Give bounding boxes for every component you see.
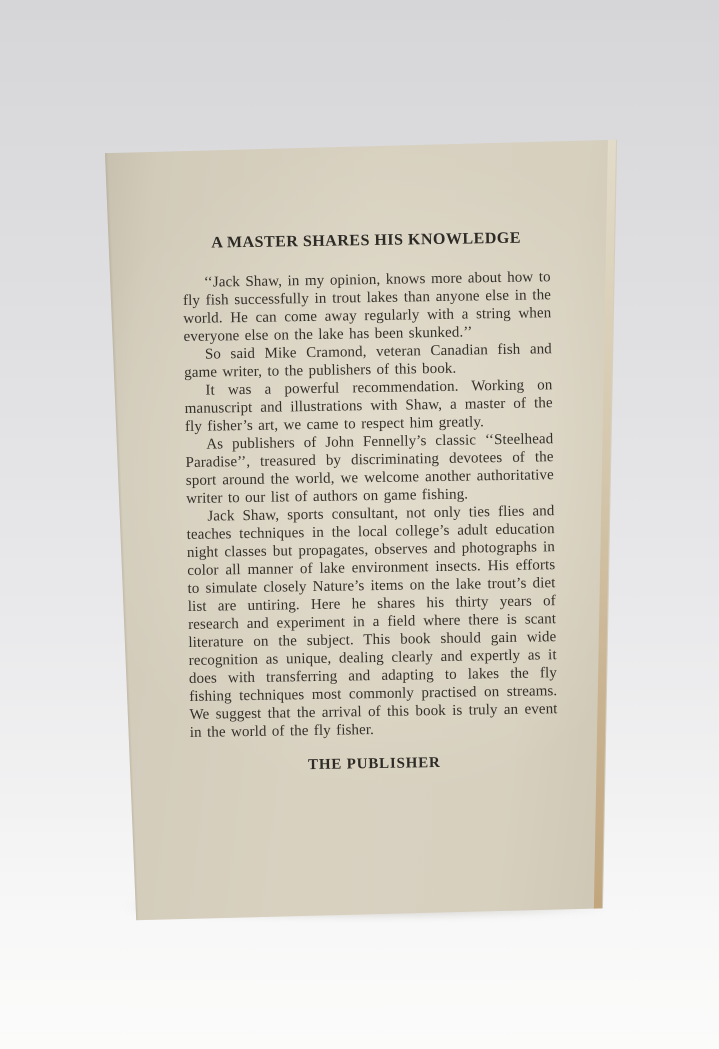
cover-text-block: A MASTER SHARES HIS KNOWLEDGE ‘‘Jack Sha… [182, 229, 558, 776]
book-back-cover: A MASTER SHARES HIS KNOWLEDGE ‘‘Jack Sha… [100, 135, 625, 925]
publisher-signoff: THE PUBLISHER [190, 753, 558, 776]
book-top-page-edge [100, 134, 641, 153]
blurb-paragraph: As publishers of John Fennelly’s classic… [185, 430, 554, 508]
book-left-crease [104, 151, 140, 948]
book-right-page-edge [593, 137, 616, 943]
blurb-paragraph: So said Mike Cramond, veteran Canadian f… [184, 340, 553, 382]
cover-heading: A MASTER SHARES HIS KNOWLEDGE [182, 229, 550, 253]
cover-blurb: ‘‘Jack Shaw, in my opinion, knows more a… [183, 268, 558, 742]
blurb-paragraph: Jack Shaw, sports consultant, not only t… [186, 502, 558, 742]
photo-scene: A MASTER SHARES HIS KNOWLEDGE ‘‘Jack Sha… [0, 0, 719, 1049]
blurb-paragraph: It was a powerful recommendation. Workin… [184, 376, 553, 436]
blurb-paragraph: ‘‘Jack Shaw, in my opinion, knows more a… [183, 268, 552, 346]
